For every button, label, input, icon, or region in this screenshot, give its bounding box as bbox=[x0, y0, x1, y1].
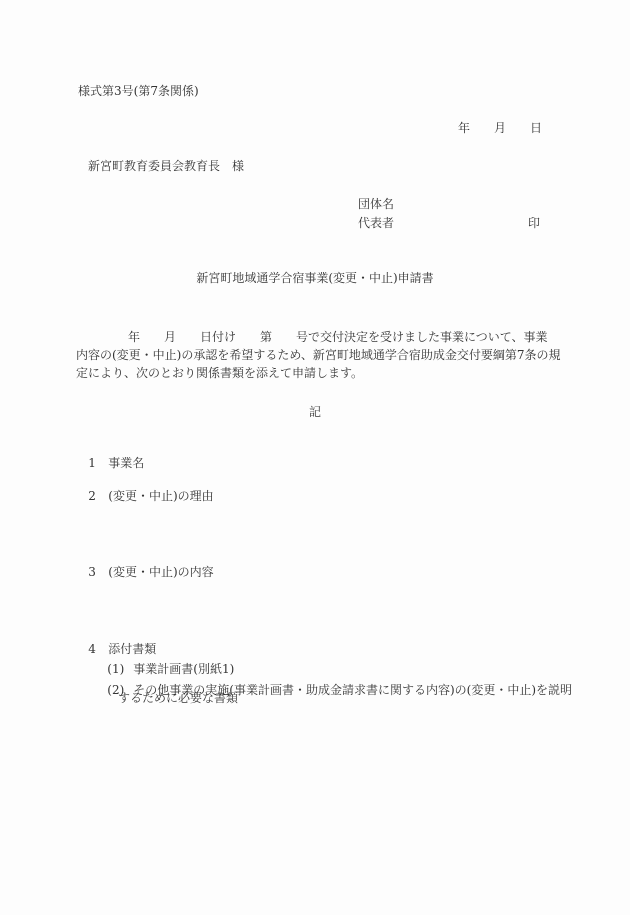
item-2: 2(変更・中止)の理由 bbox=[73, 478, 214, 514]
seal-mark: 印 bbox=[528, 217, 540, 229]
item-3-number: 3 bbox=[88, 566, 108, 578]
body-paragraph-line-2: 内容の(変更・中止)の承認を希望するため、新宮町地域通学合宿助成金交付要綱第7条… bbox=[76, 349, 561, 361]
body-paragraph-line-3: 定により、次のとおり関係書類を添えて申請します。 bbox=[76, 367, 363, 379]
record-marker: 記 bbox=[0, 406, 630, 418]
document-page: 様式第3号(第7条関係) 年 月 日 新宮町教育委員会教育長 様 団体名 代表者… bbox=[0, 0, 630, 915]
item-3-label: (変更・中止)の内容 bbox=[108, 565, 213, 579]
addressee: 新宮町教育委員会教育長 様 bbox=[88, 160, 244, 172]
date-line: 年 月 日 bbox=[458, 122, 542, 134]
item-3: 3(変更・中止)の内容 bbox=[73, 554, 214, 590]
item-1-label: 事業名 bbox=[108, 456, 144, 470]
representative-label: 代表者 bbox=[358, 217, 394, 229]
form-number: 様式第3号(第7条関係) bbox=[78, 85, 199, 97]
organization-name-label: 団体名 bbox=[358, 198, 394, 210]
item-2-label: (変更・中止)の理由 bbox=[108, 489, 213, 503]
item-2-number: 2 bbox=[88, 490, 108, 502]
document-title: 新宮町地域通学合宿事業(変更・中止)申請書 bbox=[0, 272, 630, 284]
item-1-number: 1 bbox=[88, 457, 108, 469]
body-paragraph-line-1: 年 月 日付け 第 号で交付決定を受けました事業について、事業 bbox=[128, 331, 548, 343]
item-1: 1事業名 bbox=[73, 445, 144, 481]
attachment-2-text-continuation: するために必要な書類 bbox=[118, 692, 238, 704]
